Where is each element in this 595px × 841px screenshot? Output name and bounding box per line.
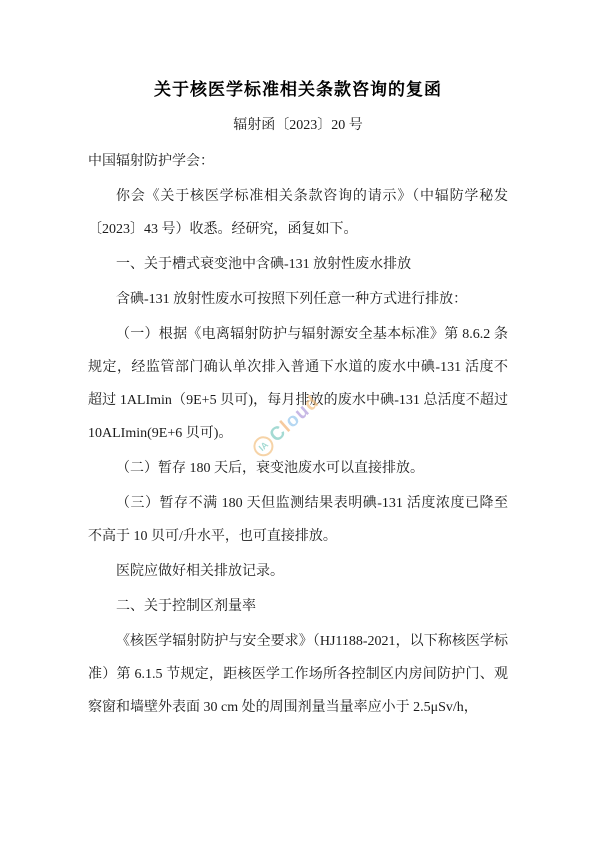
paragraph-option-3: （三）暂存不满 180 天但监测结果表明碘-131 活度浓度已降至不高于 10 … bbox=[88, 487, 508, 553]
paragraph-intro: 你会《关于核医学标准相关条款咨询的请示》（中辐防学秘发〔2023〕43 号）收悉… bbox=[88, 180, 508, 246]
section-heading-2: 二、关于控制区剂量率 bbox=[88, 590, 508, 623]
paragraph-dose-rate: 《核医学辐射防护与安全要求》（HJ1188-2021，以下称核医学标准）第 6.… bbox=[88, 625, 508, 724]
document-body: 中国辐射防护学会： 你会《关于核医学标准相关条款咨询的请示》（中辐防学秘发〔20… bbox=[88, 145, 508, 724]
document-title: 关于核医学标准相关条款咨询的复函 bbox=[88, 80, 508, 100]
paragraph-discharge-options: 含碘-131 放射性废水可按照下列任意一种方式进行排放： bbox=[88, 283, 508, 316]
paragraph-option-1: （一）根据《电离辐射防护与辐射源安全基本标准》第 8.6.2 条规定，经监管部门… bbox=[88, 318, 508, 450]
paragraph-records: 医院应做好相关排放记录。 bbox=[88, 555, 508, 588]
salutation: 中国辐射防护学会： bbox=[88, 145, 508, 178]
paragraph-option-2: （二）暂存 180 天后，衰变池废水可以直接排放。 bbox=[88, 452, 508, 485]
section-heading-1: 一、关于槽式衰变池中含碘-131 放射性废水排放 bbox=[88, 248, 508, 281]
document-page: 关于核医学标准相关条款咨询的复函 辐射函〔2023〕20 号 中国辐射防护学会：… bbox=[0, 0, 595, 841]
document-number: 辐射函〔2023〕20 号 bbox=[88, 117, 508, 135]
